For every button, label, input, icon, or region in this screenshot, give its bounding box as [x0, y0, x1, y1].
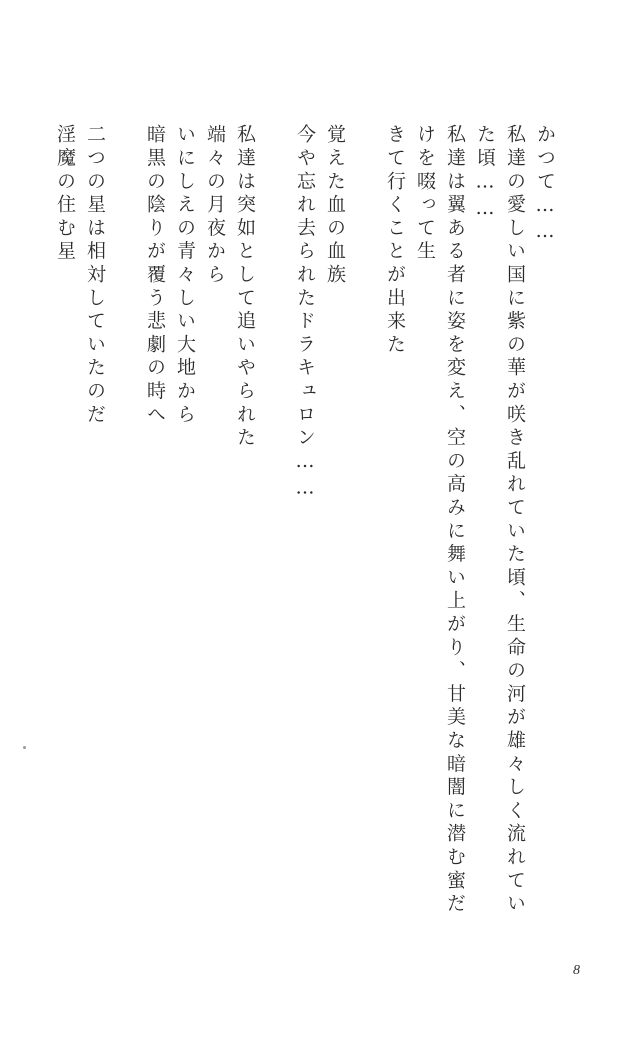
book-page: かつて…… 私達の愛しい国に紫の華が咲き乱れていた頃、生命の河が雄々しく流れてい… [0, 0, 638, 1050]
text-line: 覚えた血の血族 [320, 124, 350, 924]
text-line: きて行くことが出来た [380, 124, 410, 924]
text-line: 私達の愛しい国に紫の華が咲き乱れていた頃、生命の河が雄々しく流れていた頃…… [470, 124, 530, 924]
text-line: 端々の月夜から [200, 124, 230, 924]
text-line: 私達は翼ある者に姿を変え、空の高みに舞い上がり、甘美な暗闇に潜む蜜だけを啜って生 [410, 124, 470, 924]
stanza-break [260, 124, 290, 924]
text-line: 淫魔の住む星 [50, 124, 80, 924]
stanza-break [110, 124, 140, 924]
text-line: 二つの星は相対していたのだ [80, 124, 110, 924]
vertical-text-body: かつて…… 私達の愛しい国に紫の華が咲き乱れていた頃、生命の河が雄々しく流れてい… [50, 124, 560, 924]
scan-speck [23, 746, 26, 749]
text-line: 暗黒の陰りが覆う悲劇の時へ [140, 124, 170, 924]
text-line: かつて…… [530, 124, 560, 924]
text-line: 私達は突如として追いやられた [230, 124, 260, 924]
stanza-break [350, 124, 380, 924]
page-number: 8 [573, 963, 580, 979]
text-line: 今や忘れ去られたドラキュロン…… [290, 124, 320, 924]
text-line: いにしえの青々しい大地から [170, 124, 200, 924]
